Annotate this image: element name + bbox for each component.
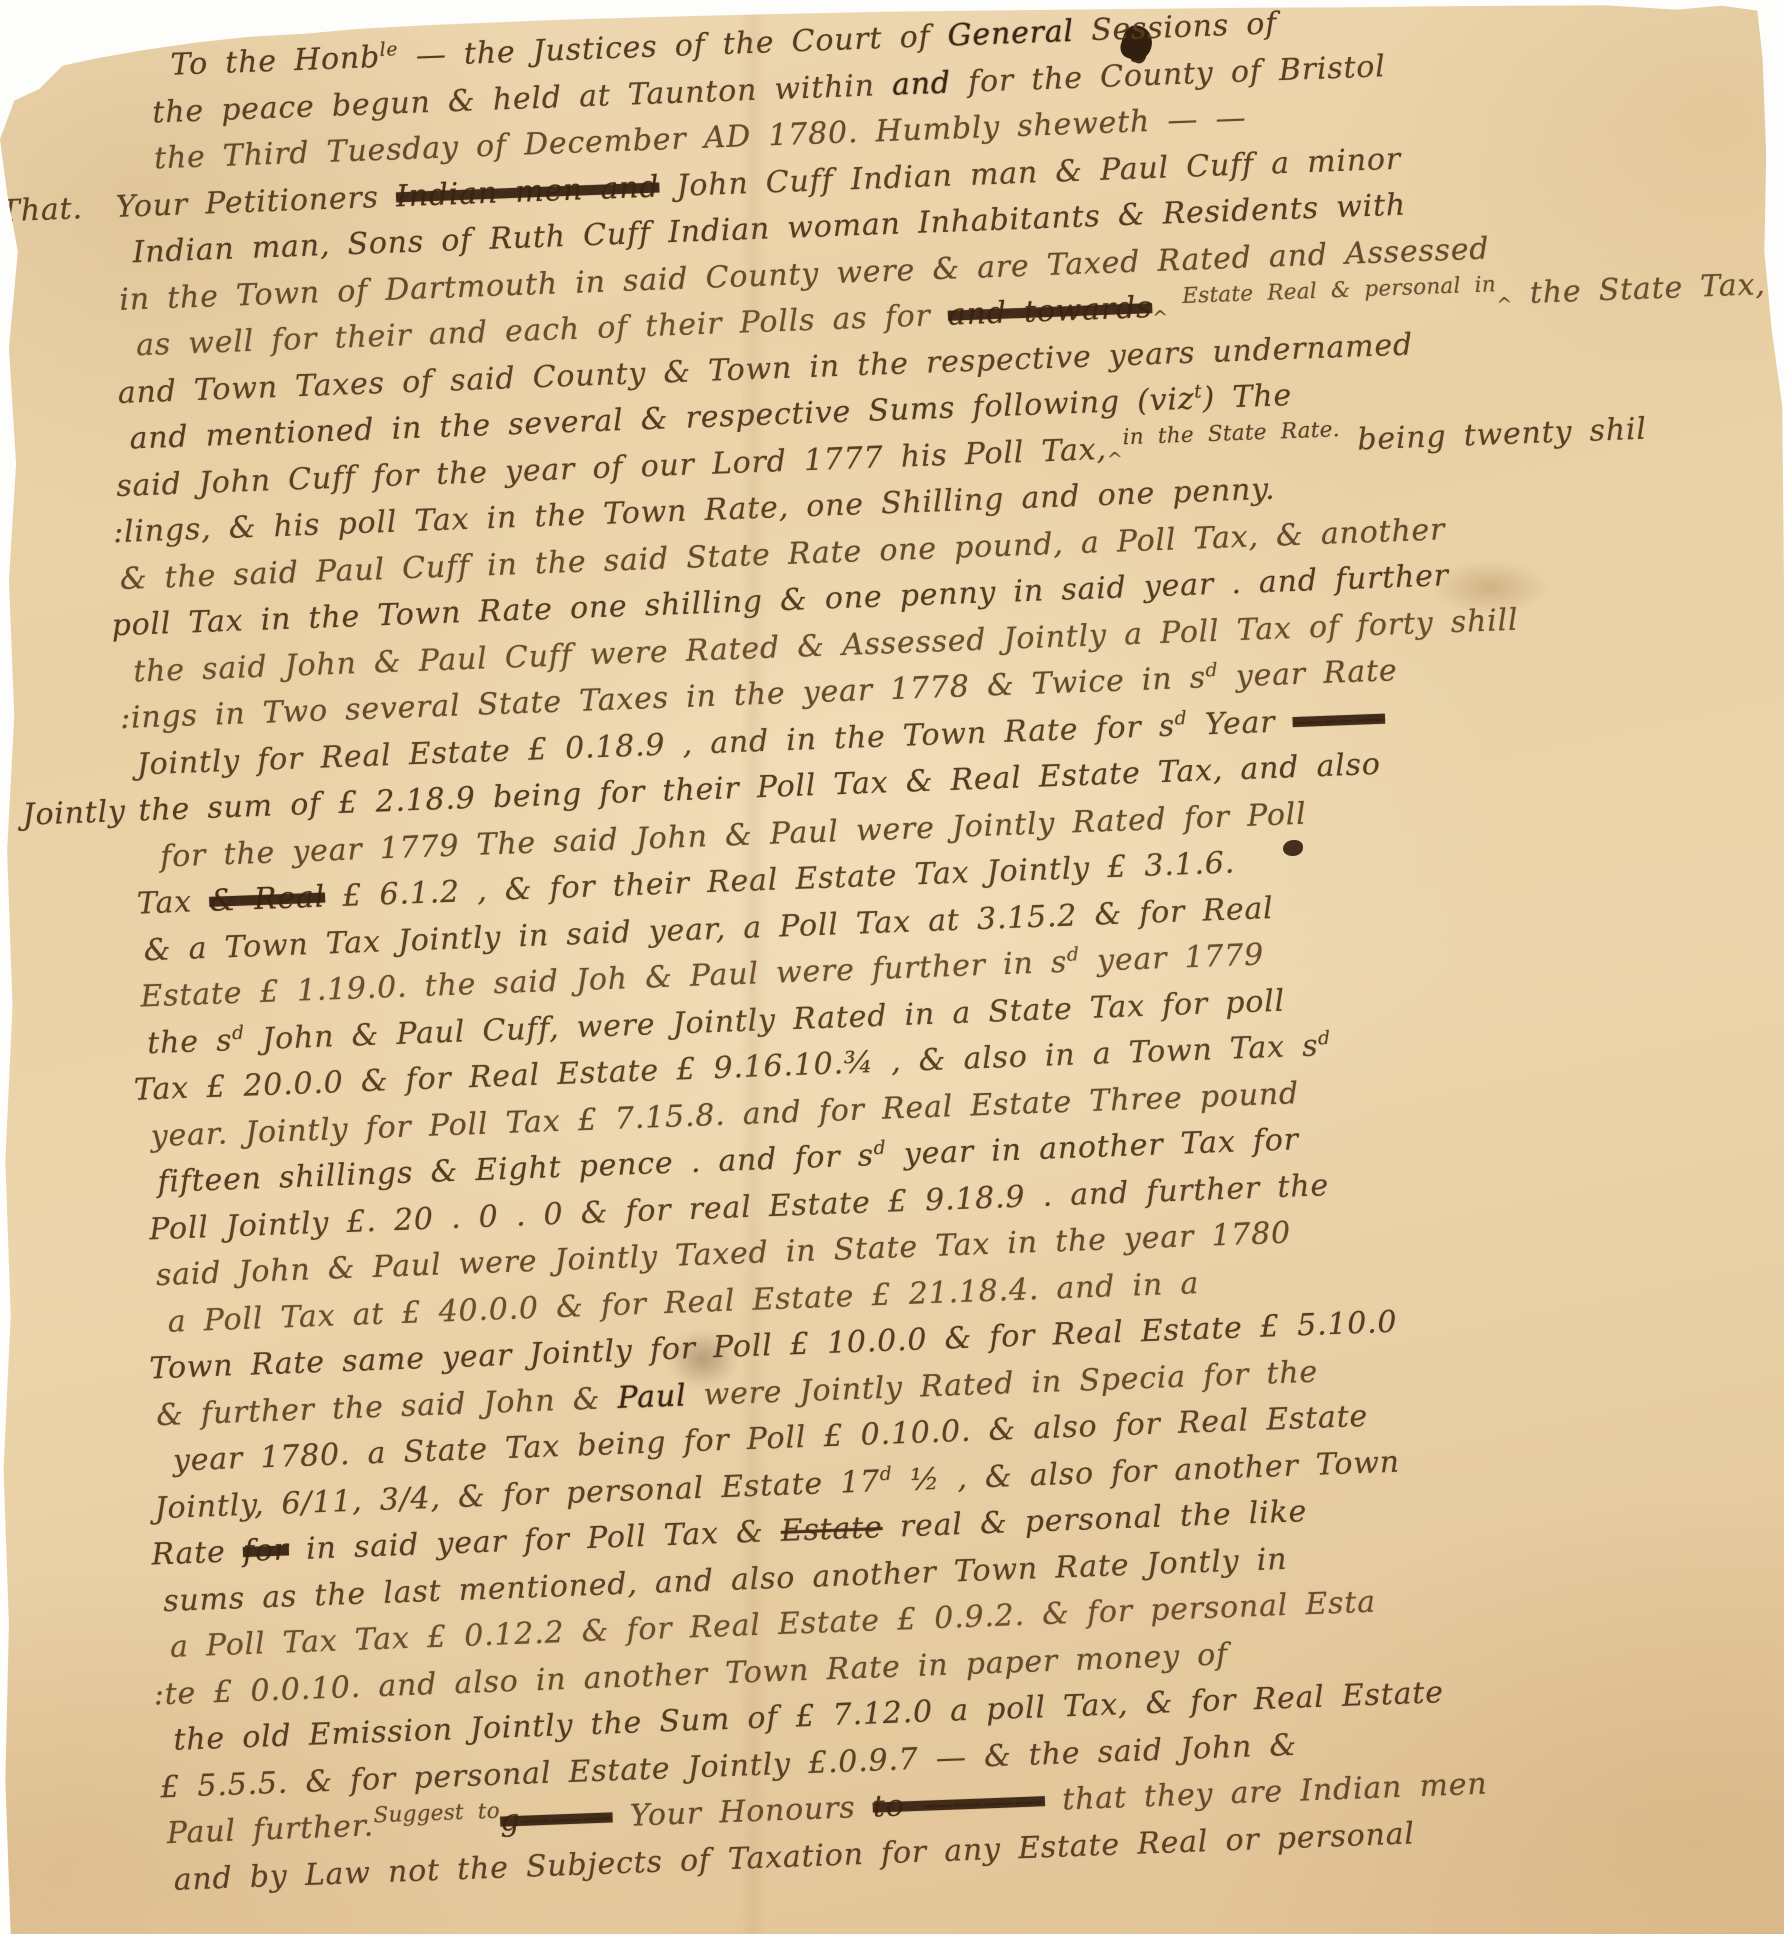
text-segment-caret: ^ (1496, 295, 1513, 317)
text-segment-n: — the Justices of the Court of (398, 19, 948, 75)
text-segment-n: year Rate (1218, 653, 1398, 695)
manuscript-text: To the Honble — the Justices of the Cour… (110, 0, 1784, 1909)
manuscript-paper: To the Honble — the Justices of the Cour… (0, 0, 1784, 1934)
text-segment-blot: g——— (500, 1799, 614, 1838)
text-segment-sup: d (879, 1463, 892, 1484)
text-segment-caret: ^ (1107, 449, 1124, 471)
text-segment-strike: Estate (780, 1510, 883, 1549)
text-segment-n: Rate (151, 1534, 244, 1572)
text-segment-blot: ——— (1292, 700, 1386, 738)
text-segment-hang: That. (0, 191, 83, 229)
text-segment-dark: Paul (617, 1378, 687, 1416)
text-segment-n: the s (147, 1023, 233, 1061)
text-segment-sup: d (1318, 1028, 1331, 1049)
text-segment-n: ) The (1202, 378, 1293, 416)
text-segment-blot: & Real (209, 880, 326, 919)
text-segment-caret: ^ (1152, 308, 1169, 330)
text-segment-blot: and towards (947, 290, 1153, 333)
scanned-manuscript-screenshot: { "document": { "kind": "handwritten pet… (0, 0, 1784, 1934)
text-segment-n: year 1779 (1079, 937, 1265, 979)
text-segment-dark: General (947, 14, 1074, 54)
text-segment-sup: d (232, 1022, 245, 1043)
text-segment-hang: Jointly (22, 794, 126, 833)
text-segment-ins: Suggest to (373, 1798, 500, 1828)
text-segment-n: Tax (136, 884, 209, 922)
text-segment-blot: to ———— (872, 1783, 1045, 1824)
text-segment-blot: for (242, 1532, 289, 1569)
text-segment-sup: d (873, 1138, 886, 1159)
text-segment-n: Year (1187, 704, 1293, 743)
text-segment-sup: d (1174, 708, 1187, 729)
text-segment-sup: le (379, 39, 398, 61)
text-segment-n: Sessions of (1073, 6, 1277, 49)
text-segment-n: To the Honb (170, 40, 381, 83)
text-segment-sup: d (1205, 660, 1218, 681)
text-segment-dark: and (891, 65, 951, 102)
text-segment-sup: d (1066, 944, 1079, 965)
text-segment-n: Paul further. (166, 1808, 374, 1851)
